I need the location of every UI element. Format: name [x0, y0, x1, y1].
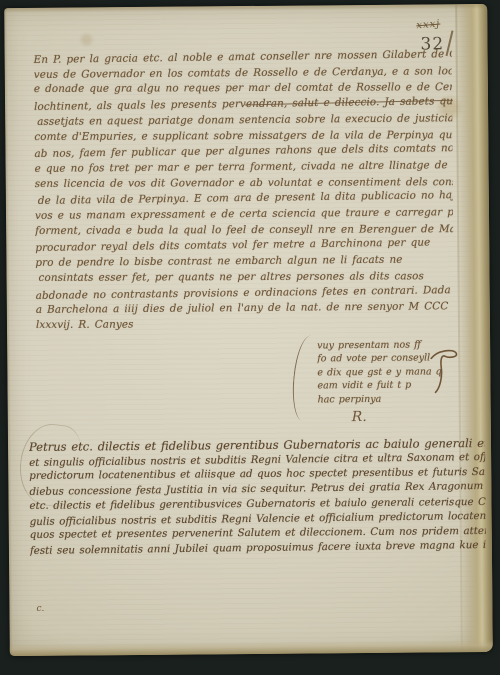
corner-mark: c. — [36, 604, 44, 614]
manuscript-line: lxxxvij. R. Canyes — [36, 316, 454, 334]
page-bottom-edge — [10, 640, 493, 656]
notary-signature: R. — [352, 409, 367, 425]
photograph-background: xxxj 32 En P. per la gracia etc. al nobl… — [0, 0, 500, 675]
text-block-secondary: Petrus etc. dilectis et fidelibus gerent… — [29, 436, 486, 558]
text-block-primary: En P. per la gracia etc. al noble e amat… — [34, 48, 454, 334]
crossed-out-folio: xxxj — [416, 18, 441, 31]
page-left-edge — [4, 8, 13, 656]
manuscript-page: xxxj 32 En P. per la gracia etc. al nobl… — [4, 4, 493, 656]
page-top-edge — [4, 4, 487, 13]
pen-flourish-icon — [427, 344, 461, 396]
